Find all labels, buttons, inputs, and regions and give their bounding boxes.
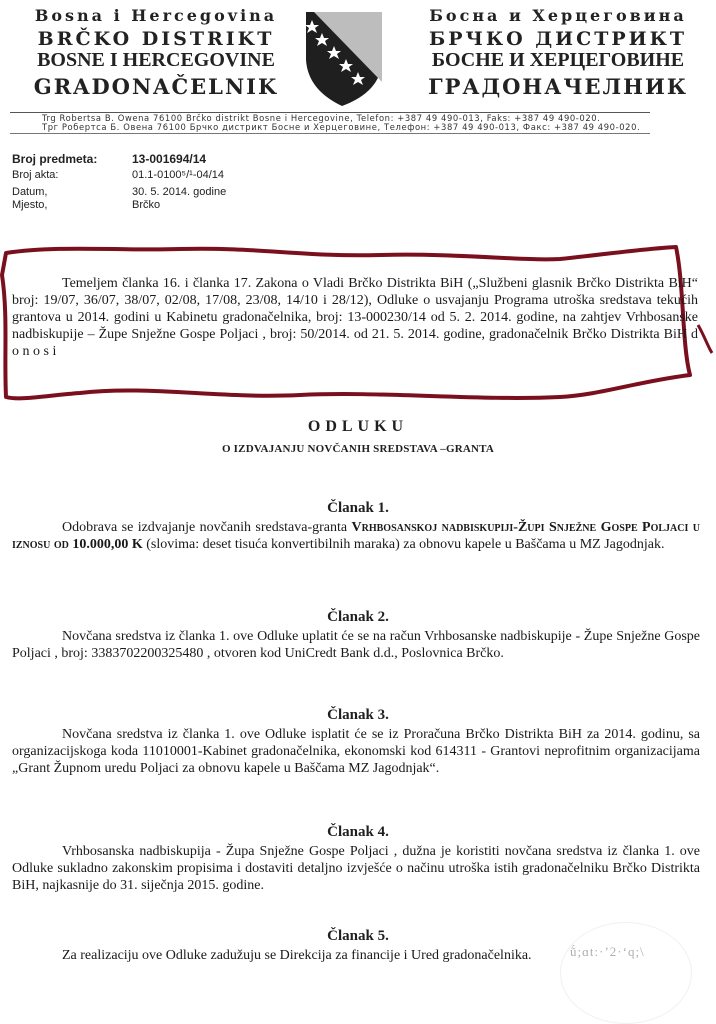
district-name-latin: BRČKO DISTRIKT xyxy=(16,28,296,50)
office-name-latin: GRADONAČELNIK xyxy=(16,73,296,101)
decision-subtitle: O IZDVAJANJU NOVČANIH SREDSTAVA –GRANTA xyxy=(0,443,716,455)
article-1-text: Odobrava se izdvajanje novčanih sredstav… xyxy=(12,519,700,553)
article-4-text: Vrhbosanska nadbiskupija - Župa Snježne … xyxy=(12,843,700,894)
date-label: Datum, xyxy=(12,186,132,199)
case-number-row: Broj predmeta: 13-001694/14 xyxy=(12,152,226,166)
date-value: 30. 5. 2014. godine xyxy=(132,186,226,199)
act-number: 01.1-0100⁵/¹-04/14 xyxy=(132,169,224,181)
article-2-heading: Članak 2. xyxy=(0,609,716,626)
case-number-label: Broj predmeta: xyxy=(12,152,132,166)
address-cyrillic: Трг Робертса Б. Овена 76100 Брчко дистри… xyxy=(42,122,662,132)
article-4-heading: Članak 4. xyxy=(0,824,716,841)
article-1-text-end: (slovima: deset tisuća konvertibilnih ma… xyxy=(143,537,665,552)
bih-name-cyrillic: БОСНЕ И ХЕРЦЕГОВИНЕ xyxy=(418,50,698,71)
act-number-label: Broj akta: xyxy=(12,169,132,181)
letterhead-latin: Bosna i Hercegovina BRČKO DISTRIKT BOSNE… xyxy=(16,6,296,101)
place-row: Mjesto, Brčko xyxy=(12,199,226,212)
article-3-heading: Članak 3. xyxy=(0,707,716,724)
letterhead-cyrillic: Босна и Херцеговина БРЧКО ДИСТРИКТ БОСНЕ… xyxy=(418,6,698,101)
preamble-paragraph: Temeljem članka 16. i članka 17. Zakona … xyxy=(12,275,698,360)
article-3-text: Novčana sredstva iz članka 1. ove Odluke… xyxy=(12,726,700,777)
article-1-heading: Članak 1. xyxy=(0,500,716,517)
country-name-latin: Bosna i Hercegovina xyxy=(16,6,296,26)
document-meta: Broj predmeta: 13-001694/14 Broj akta: 0… xyxy=(12,152,226,212)
place-value: Brčko xyxy=(132,199,160,212)
article-1-amount: 10.000,00 K xyxy=(72,537,142,552)
decision-title: ODLUKU xyxy=(0,418,716,436)
bih-name-latin: BOSNE I HERCEGOVINE xyxy=(16,50,296,71)
act-number-row: Broj akta: 01.1-0100⁵/¹-04/14 xyxy=(12,169,226,181)
date-row: Datum, 30. 5. 2014. godine xyxy=(12,186,226,199)
office-name-cyrillic: ГРАДОНАЧЕЛНИК xyxy=(418,73,698,101)
article-2-text: Novčana sredstva iz članka 1. ove Odluke… xyxy=(12,628,700,662)
article-1-text-start: Odobrava se izdvajanje novčanih sredstav… xyxy=(62,520,352,535)
place-label: Mjesto, xyxy=(12,199,132,212)
case-number: 13-001694/14 xyxy=(132,152,206,166)
country-name-cyrillic: Босна и Херцеговина xyxy=(418,6,698,26)
header-divider-bottom xyxy=(10,133,650,134)
bih-coat-of-arms-icon xyxy=(304,10,384,108)
district-name-cyrillic: БРЧКО ДИСТРИКТ xyxy=(418,28,698,50)
faded-stamp xyxy=(560,922,692,1024)
smudged-text: ṹ;ɑt:·ʼ2·ʻq;\ xyxy=(570,944,645,960)
